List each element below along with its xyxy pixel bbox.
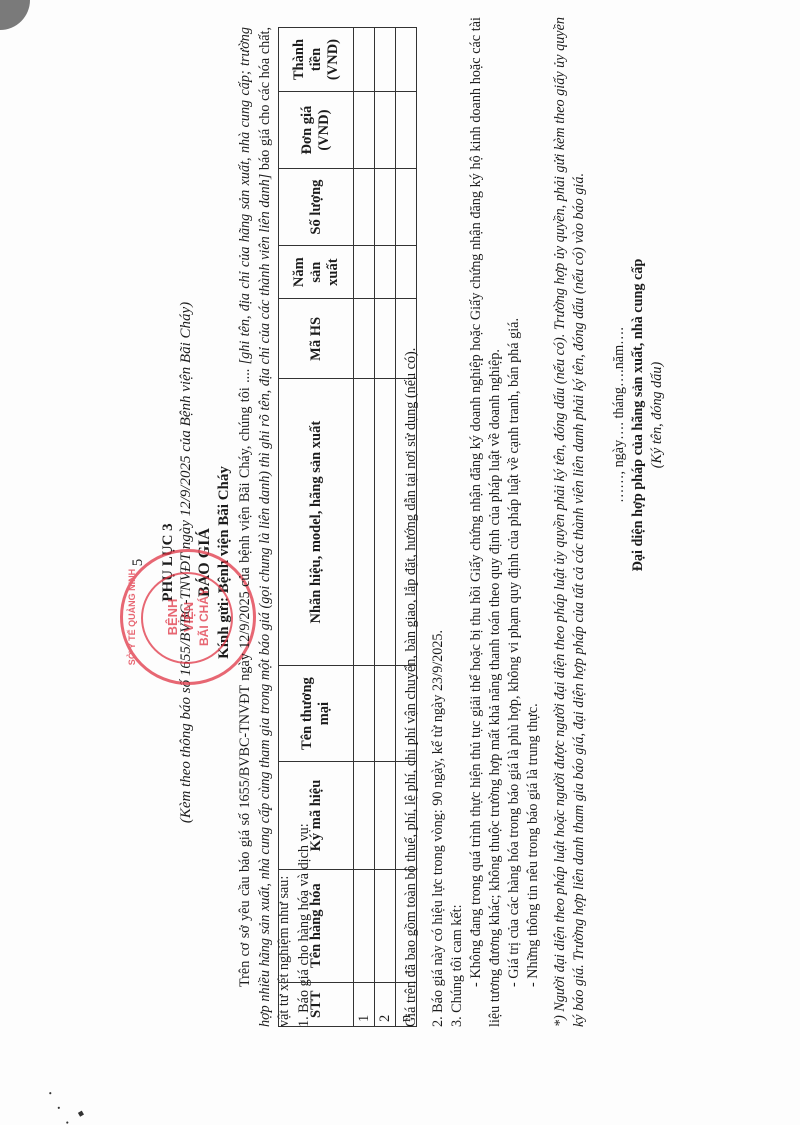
- cell-stt: 2: [375, 982, 396, 1026]
- price-note: Giá trên đã bao gồm toàn bộ thuế, phí, l…: [402, 17, 421, 1027]
- col-thanh-tien: Thành tiền (VND): [279, 28, 354, 92]
- cell: [375, 665, 396, 762]
- commitment-3: - Những thông tin nêu trong báo giá là t…: [524, 17, 543, 1027]
- cell: [375, 869, 396, 982]
- scan-corner-mark: [0, 0, 30, 30]
- cell: [375, 762, 396, 869]
- signature-note: (Ký tên, đóng dấu): [648, 125, 667, 705]
- col-ma-hs: Mã HS: [279, 299, 354, 379]
- col-nam-san-xuat: Năm sản xuất: [279, 246, 354, 299]
- document-page: . . . ▪ 5 PHỤ LỤC 3 (Kèm theo thông báo …: [0, 0, 800, 1125]
- signature-title: Đại diện hợp pháp của hãng sản xuất, nhà…: [629, 125, 648, 705]
- cell: [375, 379, 396, 665]
- cell: [354, 28, 375, 92]
- cell: [375, 169, 396, 246]
- cell: [354, 169, 375, 246]
- cell: [375, 28, 396, 92]
- notes-section: Giá trên đã bao gồm toàn bộ thuế, phí, l…: [402, 17, 589, 1027]
- cell-stt: 1: [354, 982, 375, 1026]
- stamp-text-1: BỆNH: [165, 552, 180, 682]
- signature-block: ……, ngày…. tháng….năm…. Đại diện hợp phá…: [610, 125, 667, 705]
- cell: [375, 92, 396, 169]
- col-stt: STT: [279, 982, 354, 1026]
- section-2-validity: 2. Báo giá này có hiệu lực trong vòng: 9…: [429, 17, 448, 1027]
- col-don-gia: Đơn giá (VND): [279, 92, 354, 169]
- cell: [375, 246, 396, 299]
- signature-date-line: ……, ngày…. tháng….năm….: [610, 125, 629, 705]
- commitment-1: - Không đang trong quá trình thực hiện t…: [467, 17, 505, 1027]
- col-ten-thuong-mai: Tên thương mại: [279, 665, 354, 762]
- scan-dots: . . . ▪: [30, 1068, 91, 1125]
- section-3-heading: 3. Chúng tôi cam kết:: [448, 17, 467, 1027]
- col-nhan-hieu: Nhãn hiệu, model, hãng sản xuất: [279, 379, 354, 665]
- cell: [354, 299, 375, 379]
- stamp-text-2: VIỆN: [181, 552, 196, 682]
- cell: [354, 246, 375, 299]
- cell: [375, 299, 396, 379]
- footnote: *) Người đại diện theo pháp luật hoặc ng…: [551, 17, 589, 1027]
- stamp-rim-text: SỞ Y TẾ QUẢNG NINH: [127, 552, 137, 682]
- quote-table-header: STT Tên hàng hóa Ký mã hiệu Tên thương m…: [279, 28, 354, 1027]
- commitment-2: - Giá trị của các hàng hóa trong báo giá…: [505, 17, 524, 1027]
- table-row: 1: [354, 28, 375, 1027]
- table-row: 2: [375, 28, 396, 1027]
- col-ten-hang-hoa: Tên hàng hóa: [279, 869, 354, 982]
- intro-lead: Trên cơ sở yêu cầu báo giá số 1655/BVBC-…: [237, 364, 253, 987]
- cell: [354, 379, 375, 665]
- quote-table: STT Tên hàng hóa Ký mã hiệu Tên thương m…: [278, 27, 417, 1027]
- stamp-text-3: BÃI CHÁY: [197, 552, 211, 682]
- cell: [354, 665, 375, 762]
- cell: [354, 869, 375, 982]
- cell: [354, 762, 375, 869]
- col-so-luong: Số lượng: [279, 169, 354, 246]
- col-ky-ma-hieu: Ký mã hiệu: [279, 762, 354, 869]
- cell: [354, 92, 375, 169]
